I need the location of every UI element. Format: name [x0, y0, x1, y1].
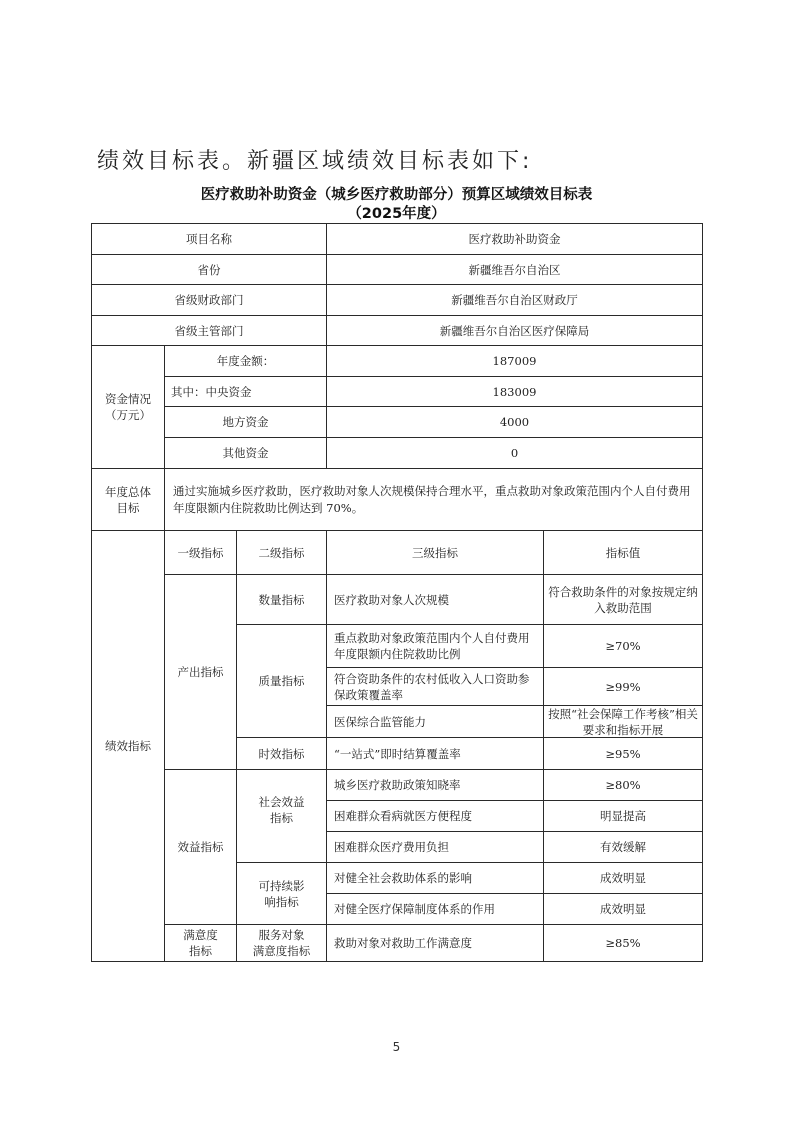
- table-row-level3: 重点救助对象政策范围内个人自付费用年度限额内住院救助比例: [326, 624, 544, 668]
- table-row-value: ≥85%: [543, 924, 703, 962]
- level1-benefit: 效益指标: [164, 769, 237, 925]
- header-target-value: 指标值: [543, 530, 703, 575]
- label-finance-dept: 省级财政部门: [91, 284, 327, 316]
- level1-satisfaction: 满意度指标: [164, 924, 237, 962]
- label-annual-goal: 年度总体目标: [91, 468, 165, 531]
- table-row-value: 成效明显: [543, 893, 703, 925]
- label-project-name: 项目名称: [91, 223, 327, 255]
- table-row-value: ≥95%: [543, 737, 703, 770]
- table-row-level3: 对健全医疗保障制度体系的作用: [326, 893, 544, 925]
- level2-service-satisfaction: 服务对象满意度指标: [236, 924, 327, 962]
- table-row-value: 明显提高: [543, 800, 703, 832]
- table-row-value: ≥80%: [543, 769, 703, 801]
- label-province: 省份: [91, 254, 327, 285]
- table-row-level3: 医保综合监管能力: [326, 705, 544, 738]
- label-competent-dept: 省级主管部门: [91, 315, 327, 346]
- label-performance-indicators: 绩效指标: [91, 530, 165, 962]
- value-local-funds: 4000: [326, 406, 703, 438]
- level2-sustainability: 可持续影响指标: [236, 862, 327, 925]
- label-other-funds: 其他资金: [164, 437, 327, 469]
- value-finance-dept: 新疆维吾尔自治区财政厅: [326, 284, 703, 316]
- value-competent-dept: 新疆维吾尔自治区医疗保障局: [326, 315, 703, 346]
- table-row-value: ≥70%: [543, 624, 703, 668]
- table-row-level3: 医疗救助对象人次规模: [326, 574, 544, 625]
- table-row-value: 有效缓解: [543, 831, 703, 863]
- table-row-value: 符合救助条件的对象按规定纳入救助范围: [543, 574, 703, 625]
- table-row-level3: “一站式”即时结算覆盖率: [326, 737, 544, 770]
- level2-social-benefit: 社会效益指标: [236, 769, 327, 863]
- level2-quantity: 数量指标: [236, 574, 327, 625]
- header-level3: 三级指标: [326, 530, 544, 575]
- page-number: 5: [0, 1040, 793, 1054]
- level2-quality: 质量指标: [236, 624, 327, 738]
- value-other-funds: 0: [326, 437, 703, 469]
- level2-timeliness: 时效指标: [236, 737, 327, 770]
- header-level1: 一级指标: [164, 530, 237, 575]
- table-row-level3: 困难群众看病就医方便程度: [326, 800, 544, 832]
- table-row-value: 按照“社会保障工作考核”相关要求和指标开展: [543, 705, 703, 738]
- performance-target-table: 项目名称 医疗救助补助资金 省份 新疆维吾尔自治区 省级财政部门 新疆维吾尔自治…: [0, 0, 793, 1122]
- table-row-value: ≥99%: [543, 667, 703, 706]
- annual-goal-text: 通过实施城乡医疗救助，医疗救助对象人次规模保持合理水平，重点救助对象政策范围内个…: [164, 468, 703, 531]
- label-annual-amount: 年度金额：: [164, 345, 327, 377]
- label-central-funds: 其中：中央资金: [164, 376, 327, 407]
- value-province: 新疆维吾尔自治区: [326, 254, 703, 285]
- table-row-value: 成效明显: [543, 862, 703, 894]
- table-row-level3: 救助对象对救助工作满意度: [326, 924, 544, 962]
- label-local-funds: 地方资金: [164, 406, 327, 438]
- header-level2: 二级指标: [236, 530, 327, 575]
- level1-output: 产出指标: [164, 574, 237, 770]
- table-row-level3: 符合资助条件的农村低收入人口资助参保政策覆盖率: [326, 667, 544, 706]
- table-row-level3: 城乡医疗救助政策知晓率: [326, 769, 544, 801]
- value-project-name: 医疗救助补助资金: [326, 223, 703, 255]
- table-row-level3: 对健全社会救助体系的影响: [326, 862, 544, 894]
- table-row-level3: 困难群众医疗费用负担: [326, 831, 544, 863]
- value-annual-amount: 187009: [326, 345, 703, 377]
- label-funding: 资金情况（万元）: [91, 345, 165, 469]
- value-central-funds: 183009: [326, 376, 703, 407]
